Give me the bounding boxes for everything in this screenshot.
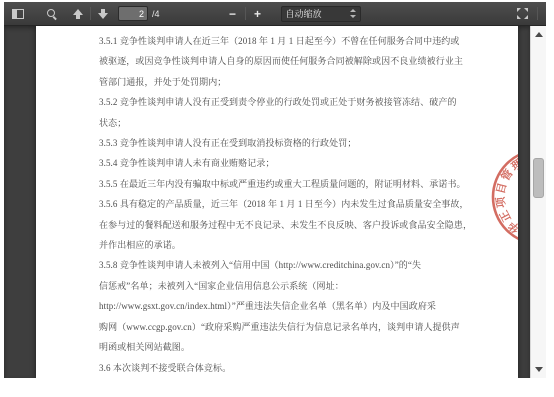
zoom-out-button[interactable]: − — [224, 5, 242, 23]
select-updown-icon — [350, 9, 356, 18]
svg-text:华正项目管理: 华正项目管理 — [493, 155, 518, 236]
scrollbar-thumb[interactable] — [533, 158, 544, 198]
search-button[interactable] — [43, 5, 61, 23]
zoom-select-dropdown[interactable]: 自动缩放 — [281, 6, 361, 22]
expand-icon — [517, 8, 528, 19]
red-stamp-seal: 华正项目管理 — [485, 142, 518, 252]
zoom-out-label: − — [229, 8, 236, 20]
pdf-toolbar: /4 − + 自动缩放 — [4, 2, 546, 26]
document-text-line: 购网（www.ccgp.gov.cn）“政府采购严重违法失信行为信息记录名单内，… — [99, 317, 484, 337]
toolbar-divider — [537, 7, 538, 20]
document-text-line: 3.5.5 在最近三年内没有骗取中标或严重违约或重大工程质量问题的，附证明材料、… — [99, 174, 484, 194]
document-text-line: 3.6 本次谈判不接受联合体竞标。 — [99, 358, 484, 378]
document-text-line: 3.5.4 竞争性谈判申请人未有商业贿赂记录； — [99, 153, 484, 173]
document-text-line: 3.5.1 竞争性谈判申请人在近三年（2018 年 1 月 1 日起至今）不曾在… — [99, 31, 484, 51]
document-text-line: 3.5.6 具有稳定的产品质量，近三年（2018 年 1 月 1 日至今）内未发… — [99, 194, 484, 214]
page-text-block: 3.5.1 竞争性谈判申请人在近三年（2018 年 1 月 1 日起至今）不曾在… — [36, 26, 518, 378]
document-text-line: 被驱逐，或因竞争性谈判申请人自身的原因而使任何服务合同被解除或因不良业绩被行业主 — [99, 51, 484, 71]
zoom-in-button[interactable]: + — [249, 5, 267, 23]
document-text-line: 3.5.3 竞争性谈判申请人没有正在受到取消投标资格的行政处罚； — [99, 133, 484, 153]
document-text-line: http://www.gsxt.gov.cn/index.html）”严重违法失… — [99, 296, 484, 316]
scroll-up-arrow[interactable] — [531, 28, 547, 42]
zoom-select-value: 自动缩放 — [286, 7, 350, 20]
document-text-line: 明函或相关网站截图。 — [99, 337, 484, 357]
document-text-line: 状态； — [99, 113, 484, 133]
sidebar-icon — [12, 9, 24, 19]
document-text-line: 3.5.2 竞争性谈判申请人没有正受到责令停业的行政处罚或正处于财务被接管冻结、… — [99, 92, 484, 112]
document-text-line: 3.5.8 竞争性谈判申请人未被列入“信用中国（http://www.credi… — [99, 255, 484, 275]
arrow-down-icon — [97, 8, 109, 20]
document-text-line: 并作出相应的承诺。 — [99, 235, 484, 255]
zoom-in-label: + — [254, 8, 261, 20]
pdf-viewer: /4 − + 自动缩放 3.5.1 竞争性谈判申请人在近三年（2018 年 1 … — [4, 2, 546, 378]
next-page-button[interactable] — [94, 5, 112, 23]
seal-text: 华正项目管理 — [493, 155, 518, 236]
previous-page-button[interactable] — [69, 5, 87, 23]
document-text-line: 信惩戒”名单；未被列入“国家企业信用信息公示系统（网址： — [99, 276, 484, 296]
toolbar-divider — [90, 7, 91, 20]
document-scroll-area[interactable]: 3.5.1 竞争性谈判申请人在近三年（2018 年 1 月 1 日起至今）不曾在… — [4, 26, 530, 378]
scroll-down-arrow[interactable] — [531, 362, 547, 376]
search-icon — [46, 8, 58, 20]
document-text-line: 管部门通报，并处于处罚期内； — [99, 72, 484, 92]
arrow-up-icon — [72, 8, 84, 20]
pdf-page: 3.5.1 竞争性谈判申请人在近三年（2018 年 1 月 1 日起至今）不曾在… — [36, 26, 518, 378]
presentation-mode-button[interactable] — [513, 5, 531, 23]
vertical-scrollbar[interactable] — [530, 26, 546, 378]
sidebar-toggle-button[interactable] — [9, 5, 27, 23]
toolbar-divider — [245, 7, 246, 20]
document-text-line: 在参与过的餐料配送和服务过程中无不良记录、未发生不良反映、客户投诉或食品安全隐患… — [99, 215, 484, 235]
page-count-label: /4 — [152, 9, 160, 19]
page-number-input[interactable] — [118, 6, 148, 21]
